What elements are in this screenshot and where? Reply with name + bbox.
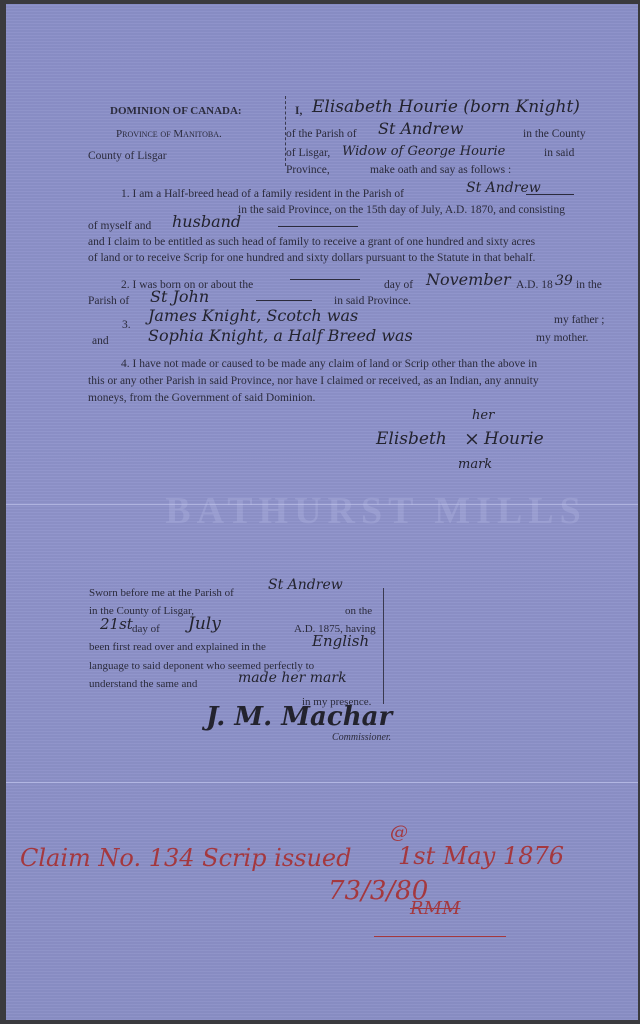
jurat-line4: been first read over and explained in th… (89, 641, 266, 653)
signature-first-name: Elisbeth (376, 429, 447, 449)
county-heading: County of Lisgar (88, 150, 167, 162)
document-page: BATHURST MILLS DOMINION OF CANADA: Provi… (6, 4, 638, 1020)
commissioner-label: Commissioner. (332, 732, 391, 743)
clause2-day-label: day of (384, 279, 413, 291)
jurat-bracket (383, 588, 384, 704)
dominion-heading: DOMINION OF CANADA: (110, 105, 242, 117)
jurat-made-mark: made her mark (238, 670, 347, 686)
clause1-line5: of land or to receive Scrip for one hund… (88, 252, 535, 264)
jurat-line1: Sworn before me at the Parish of (89, 587, 234, 599)
watermark: BATHURST MILLS (136, 489, 616, 533)
signature-her: her (472, 408, 494, 423)
signature-x-mark: × (464, 428, 480, 450)
annotation-initials: RMM (410, 898, 460, 919)
parish-label: of the Parish of (286, 128, 357, 140)
lisgar-label: of Lisgar, (286, 147, 330, 159)
annotation-date: 1st May 1876 (398, 842, 564, 870)
clause2-parish: St John (150, 287, 209, 306)
clause3-and: and (92, 335, 109, 347)
declarant-parish: St Andrew (378, 119, 463, 138)
jurat-parish: St Andrew (268, 577, 343, 593)
clause2-ad: A.D. 18 (516, 279, 553, 291)
in-said-label: in said (544, 147, 574, 159)
clause1-line1: 1. I am a Half-breed head of a family re… (121, 188, 404, 200)
signature-mark-label: mark (458, 457, 492, 472)
intro-i: I, (295, 105, 302, 117)
jurat-day: 21st (100, 615, 133, 633)
province-heading: Province of Manitoba. (116, 128, 222, 140)
county-label: in the County (523, 128, 586, 140)
clause2-month: November (426, 270, 511, 289)
claim-annotation: Claim No. 134 Scrip issued (20, 844, 352, 872)
clause2-year: 39 (555, 273, 573, 289)
clause4-line3: moneys, from the Government of said Domi… (88, 392, 315, 404)
jurat-month: July (188, 614, 221, 634)
signature-last-name: Hourie (484, 429, 544, 449)
annotation-underline (374, 936, 506, 937)
clause4-line1: 4. I have not made or caused to be made … (121, 358, 537, 370)
clause1-line2: in the said Province, on the 15th day of… (238, 204, 565, 216)
clause1-line4: and I claim to be entitled as such head … (88, 236, 535, 248)
blank-line (290, 279, 360, 280)
fold-line (6, 782, 638, 783)
blank-line (526, 194, 574, 195)
commissioner-signature: J. M. Machar (206, 702, 392, 732)
jurat-language: English (312, 632, 369, 650)
mother-label: my mother. (536, 332, 588, 344)
blank-line (256, 300, 312, 301)
annotation-at: @ (390, 822, 408, 843)
blank-line (278, 226, 358, 227)
oath-text: make oath and say as follows : (370, 164, 511, 176)
clause3-number: 3. (122, 319, 131, 331)
province-label: Province, (286, 164, 330, 176)
jurat-day-of: day of (132, 623, 160, 635)
clause1-line3: of myself and (88, 220, 151, 232)
clause4-line2: this or any other Parish in said Provinc… (88, 375, 539, 387)
clause1-family: husband (172, 212, 241, 231)
mother-entry: Sophia Knight, a Half Breed was (148, 326, 413, 345)
father-label: my father ; (554, 314, 604, 326)
declarant-status: Widow of George Hourie (342, 144, 505, 159)
declarant-name: Elisabeth Hourie (born Knight) (312, 97, 580, 117)
clause2-parish-label: Parish of (88, 295, 129, 307)
clause2-suffix: in the (576, 279, 602, 291)
jurat-on-the: on the (345, 605, 372, 617)
father-entry: James Knight, Scotch was (148, 306, 358, 325)
jurat-line6: understand the same and (89, 678, 197, 690)
